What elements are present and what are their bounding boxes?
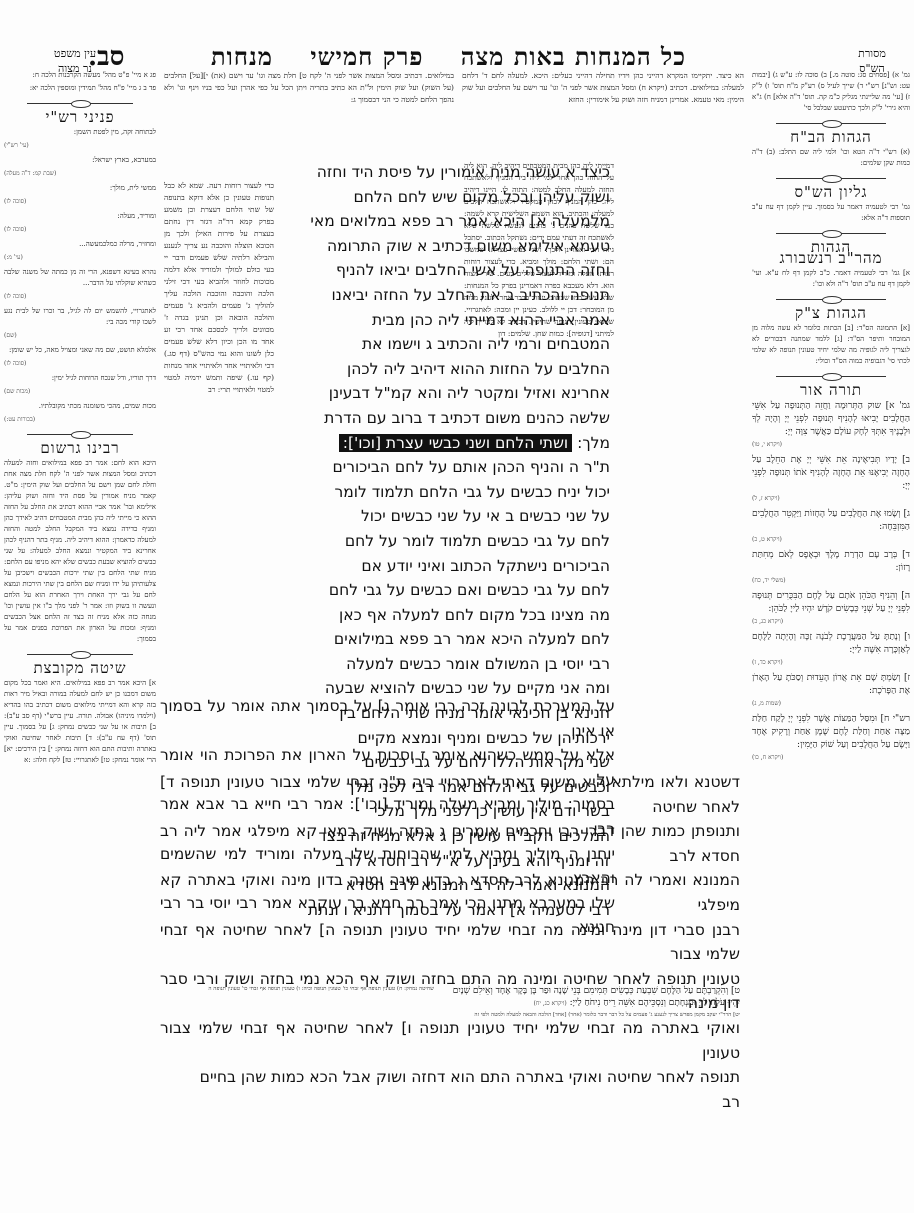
verse-ref: (ויקרא כד, ז): [752, 657, 910, 668]
tosafot-text: במילואים. דכתיב ומסל המצות אשר לפני ה' ל…: [164, 70, 454, 106]
ein-mishpat-entry: פג א מיי' פ"ט מהל' מעשה הקרבנות הלכה ח:: [4, 70, 156, 81]
gemara-line: לחם על גבי כבשים תלמוד לומר על לחם: [280, 529, 610, 554]
tosafot-commentary-column: כדי לעצור רוחות רעה. שמא לא כבל תנופות ט…: [164, 180, 274, 670]
penini-item: מכות שמים, מהכי משומנה מכתי מקובלתיו.: [4, 401, 156, 412]
gemara-line: רבנן סברי דון מינה ומינה מה זבחי שלמי יח…: [160, 918, 740, 967]
section-title-hagahot-tzk: הגהות צ"ק: [752, 308, 910, 319]
gemara-line: לחם על גבי כבשים ואם כבשים על גבי לחם: [280, 578, 610, 603]
gemara-line: לחם למעלה היכא אמר רב פפא במילואים: [280, 627, 610, 652]
gilyon-hashas-text: גמ' רבי לטעמיה דאמר על בסמוך. עיין לקמן …: [752, 202, 910, 224]
ornament-divider: [27, 431, 133, 437]
penini-item: ממשי לית, מולך:: [4, 183, 156, 194]
masoret-hashas-text: גמ' א) [פסחים סג: סוטה מ.] ב) סוכה לז: ע…: [752, 70, 910, 114]
ornament-divider: [27, 651, 133, 657]
penini-item: אלמלא תושט, שם מה שאני ומצויל מאה, כל יש…: [4, 345, 156, 356]
penini-item: נהרא בעינא דשפנא, הרי זה מן כמתה של משנה…: [4, 267, 156, 289]
rashi-commentary-top: הא כיצד. יתקיימו המקרא דהייני כהן וידיו …: [462, 70, 744, 108]
section-title-gilyon-hashas: גליון הש"ס: [752, 187, 910, 198]
gemara-line: כיצד א עושה מניח אימורין על פיסת היד וחז…: [280, 160, 610, 185]
torah-or-verse: ג] וְשָׂמוּ אֶת הַחֲלָבִים עַל הֶחָזוֹת …: [752, 508, 910, 534]
gemara-line: ושוק עליהן ובכל מקום שיש לחם הלחם: [280, 185, 610, 210]
gemara-line: יכול יניח כבשים על גבי הלחם תלמוד לומר: [280, 480, 610, 505]
gemara-line: ואוקי באתרה מה זבחי שלמי יחיד טעונין תנו…: [160, 1016, 740, 1065]
item-ref: (עי' רש"י): [4, 140, 156, 151]
section-title-torah-or: תורה אור: [752, 385, 910, 396]
footer-verse-text: ט] וְהִקְרַבְתֶּם עַל הַלֶּחֶם שִׁבְעַת …: [453, 986, 740, 1008]
verse-ref: (שמות מ, ג): [752, 698, 910, 709]
verse-ref: (ויקרא ט, כ): [752, 534, 910, 545]
gemara-main-text-bottom: דשטנא ולאו מילתא היא משום דאתי לאתגרויי …: [160, 770, 740, 1114]
footer-left-note: שחיטה נמחק: ח) טעונין תנופה אף זבחי כו' …: [164, 985, 434, 993]
rashi-text: הא כיצד. יתקיימו המקרא דהייני כהן וידיו …: [462, 70, 744, 106]
gemara-line: רב: [160, 1090, 740, 1115]
mishna-heading-line: מלך: ושתי הלחם ושני כבשי עצרת [וכו']:: [280, 431, 610, 456]
section-title-hagahot-habach: הגהות הב"ח: [752, 132, 910, 143]
torah-or-verse: רש"י ח] וּמִסַּל הַמַּצּוֹת אֲשֶׁר לִפְנ…: [752, 713, 910, 752]
ornament-divider: [776, 175, 887, 181]
gemara-line: המנונא ואמרי לה רב המנונא לרב חסדא ג בדו…: [160, 868, 740, 917]
right-margin-column: גמ' א) [פסחים סג: סוטה מ.] ב) סוכה לז: ע…: [752, 70, 910, 767]
gemara-word: מלך:: [577, 434, 610, 452]
hagahot-tzk-text: [א] התמונה הס"ד: [ב] הכתות כלומר לא עשה …: [752, 323, 910, 367]
maharav-text: א] גמ' רבי לטעמיה דאמר. כ"ב לקמן דף לח ע…: [752, 268, 910, 290]
gemara-line: החלבים על החזות ההוא דיהיב ליה לכהן: [280, 357, 610, 382]
gemara-line: ותנופתן כמות שהן דברי רבי וחכמים אומרים …: [160, 819, 740, 868]
torah-or-verse: ד] בְּרָב עָם הַדְרַת מֶלֶךְ וּבְאֶפֶס ל…: [752, 549, 910, 575]
torah-or-verse: ב] יָדָיו תְּבִיאֶינָה אֵת אִשֵּׁי יְיָ …: [752, 454, 910, 493]
item-ref: (עי' מ:): [4, 252, 156, 263]
section-title-penini-rashi: פניני רש"י: [4, 112, 156, 123]
tractate-name: מנחות: [211, 42, 273, 71]
item-ref: (מכות שם): [4, 386, 156, 397]
tosafot-text: כדי לעצור רוחות רעה. שמא לא כבל תנופות ט…: [164, 180, 274, 396]
item-ref: (שבת קמ: ד"ה מעלה): [4, 168, 156, 179]
gemara-line: וחזה התנופה על אשי החלבים יביאו להניף: [280, 258, 610, 283]
item-ref: (סוכה לז): [4, 358, 156, 369]
verse-ref: (ויקרא ח, כו): [752, 752, 910, 763]
chapter-name: כל המנחות באות מצה: [461, 42, 686, 71]
torah-or-verse: גמ' א] שוק הַתְּרוּמָה וַחֲזֵה הַתְּנוּפ…: [752, 400, 910, 439]
mishna-dibur-hamatchil: ושתי הלחם ושני כבשי עצרת [וכו']:: [339, 434, 572, 452]
gemara-line: הביכורים נישתקל הכתוב ואיני יודע אם: [280, 554, 610, 579]
gemara-line: תנופה והכתיב ב את החלב על החזה יביאנו: [280, 283, 610, 308]
ornament-divider: [776, 373, 887, 379]
gemara-line: המטבחים ורמי ליה והכתיב ג וישמו את: [280, 332, 610, 357]
ornament-divider: [27, 100, 133, 106]
torah-or-verse: ו] וְנָתַתָּ עַל הַמַּעֲרֶכֶת לְבֹנָה זַ…: [752, 631, 910, 657]
penini-item: ומחזיר, מרלה כמלכמעשה...: [4, 239, 156, 250]
item-ref: (שם): [4, 330, 156, 341]
left-margin-column: פג א מיי' פ"ט מהל' מעשה הקרבנות הלכה ח: …: [4, 70, 156, 768]
gemara-line: רבי יוסי בן המשולם אומר כבשים למעלה: [280, 652, 610, 677]
penini-item: לאתגרויי, להשמש יום לה לגיל, בר זכרו של …: [4, 306, 156, 328]
gemara-line: על המערכת לבונה זכה רבי אומר ג] על בסמוך…: [160, 694, 615, 743]
verse-ref: (ויקרא י, טו): [752, 439, 910, 450]
penini-item: ומוריד, מעלה:: [4, 211, 156, 222]
ein-mishpat-entry: פד ב ג מיי' פ"ח מהל' תמידין ומוספין הלכה…: [4, 83, 156, 94]
section-title-shita-mekubetzet: שיטה מקובצת: [4, 663, 156, 674]
footer-verse-ref: (ויקרא כג, יח): [533, 1000, 566, 1007]
gemara-line: טעמא אילימא משום דכתיב א שוק התרומה: [280, 234, 610, 259]
gemara-line: אחרינא ואזיל ומקטר ליה והא קמ"ל דבעינן: [280, 381, 610, 406]
section-title-rabbeinu-gershom: רבינו גרשום: [4, 443, 156, 454]
shita-mekubetzet-text: א] היכא אמר רב פפא במילואים. היא ואמר בכ…: [4, 678, 156, 766]
footer-note: יט] הרר"י יעקב מקמן מפרש צריך לנענע ג' פ…: [440, 1012, 740, 1018]
footer-verse: ט] וְהִקְרַבְתֶּם עַל הַלֶּחֶם שִׁבְעַת …: [440, 985, 740, 1010]
gemara-line: מה מצינו בכל מקום לחם למעלה אף כאן: [280, 603, 610, 628]
rabbeinu-gershom-text: היכא הוא לחם: אמר רב פפא במילואים וחזה ל…: [4, 458, 156, 645]
gemara-line: שלשה כהנים משום דכתיב ד ברוב עם הדרת: [280, 406, 610, 431]
ornament-divider: [776, 296, 887, 302]
gemara-line: דשטנא ולאו מילתא היא משום דאתי לאתגרויי …: [160, 770, 740, 819]
gemara-line: אמר אביי ההוא דמייתי ליה כהן מבית: [280, 308, 610, 333]
verse-ref: (משלי יד, כח): [752, 575, 910, 586]
chapter-number: פרק חמישי: [310, 42, 423, 71]
ornament-divider: [776, 230, 887, 236]
penini-item: דרך תוריו, ודל שנכח הרוחות לגיל ימין:: [4, 373, 156, 384]
gemara-line: על שני כבשים ב אי על שני כבשים יכול: [280, 504, 610, 529]
verse-ref: (ויקרא ז, ל): [752, 493, 910, 504]
page-title: כל המנחות באות מצה פרק חמישי מנחות: [300, 42, 700, 72]
hagahot-habach-text: (א) רש"י ד"ה הטא וכו' ולמי ליה שם התלב: …: [752, 147, 910, 169]
item-ref: (סוכה לז): [4, 291, 156, 302]
torah-or-verse: ז] וְשַׂמְתָּ שָׁם אֵת אֲרוֹן הָעֵדוּת ו…: [752, 672, 910, 698]
gemara-line: מלמעלה א] היכא אמר רב פפא במלואים מאי: [280, 209, 610, 234]
item-ref: (סוכה לז): [4, 224, 156, 235]
item-ref: (סוכה לז): [4, 196, 156, 207]
penini-item: לבתוחה זקה, מין לפטת השמן:: [4, 127, 156, 138]
item-ref: (בכורות עט:): [4, 414, 156, 425]
gemara-line: תנופה לאחר שחיטה ואוקי באתרה התם הוא דחז…: [160, 1065, 740, 1090]
verse-ref: (ויקרא כג, כ): [752, 616, 910, 627]
tosafot-commentary-top: במילואים. דכתיב ומסל המצות אשר לפני ה' ל…: [164, 70, 454, 108]
ornament-divider: [776, 120, 887, 126]
gemara-line: ת"ר ה והניף הכהן אותם על לחם הביכורים: [280, 455, 610, 480]
section-title-maharav: הגהות מהר"ב רנשבורג: [752, 242, 910, 264]
torah-or-verse: ה] וְהֵנִיף הַכֹּהֵן אֹתָם עַל לֶחֶם הַב…: [752, 590, 910, 616]
penini-item: במערבא, בארץ ישראל:: [4, 155, 156, 166]
